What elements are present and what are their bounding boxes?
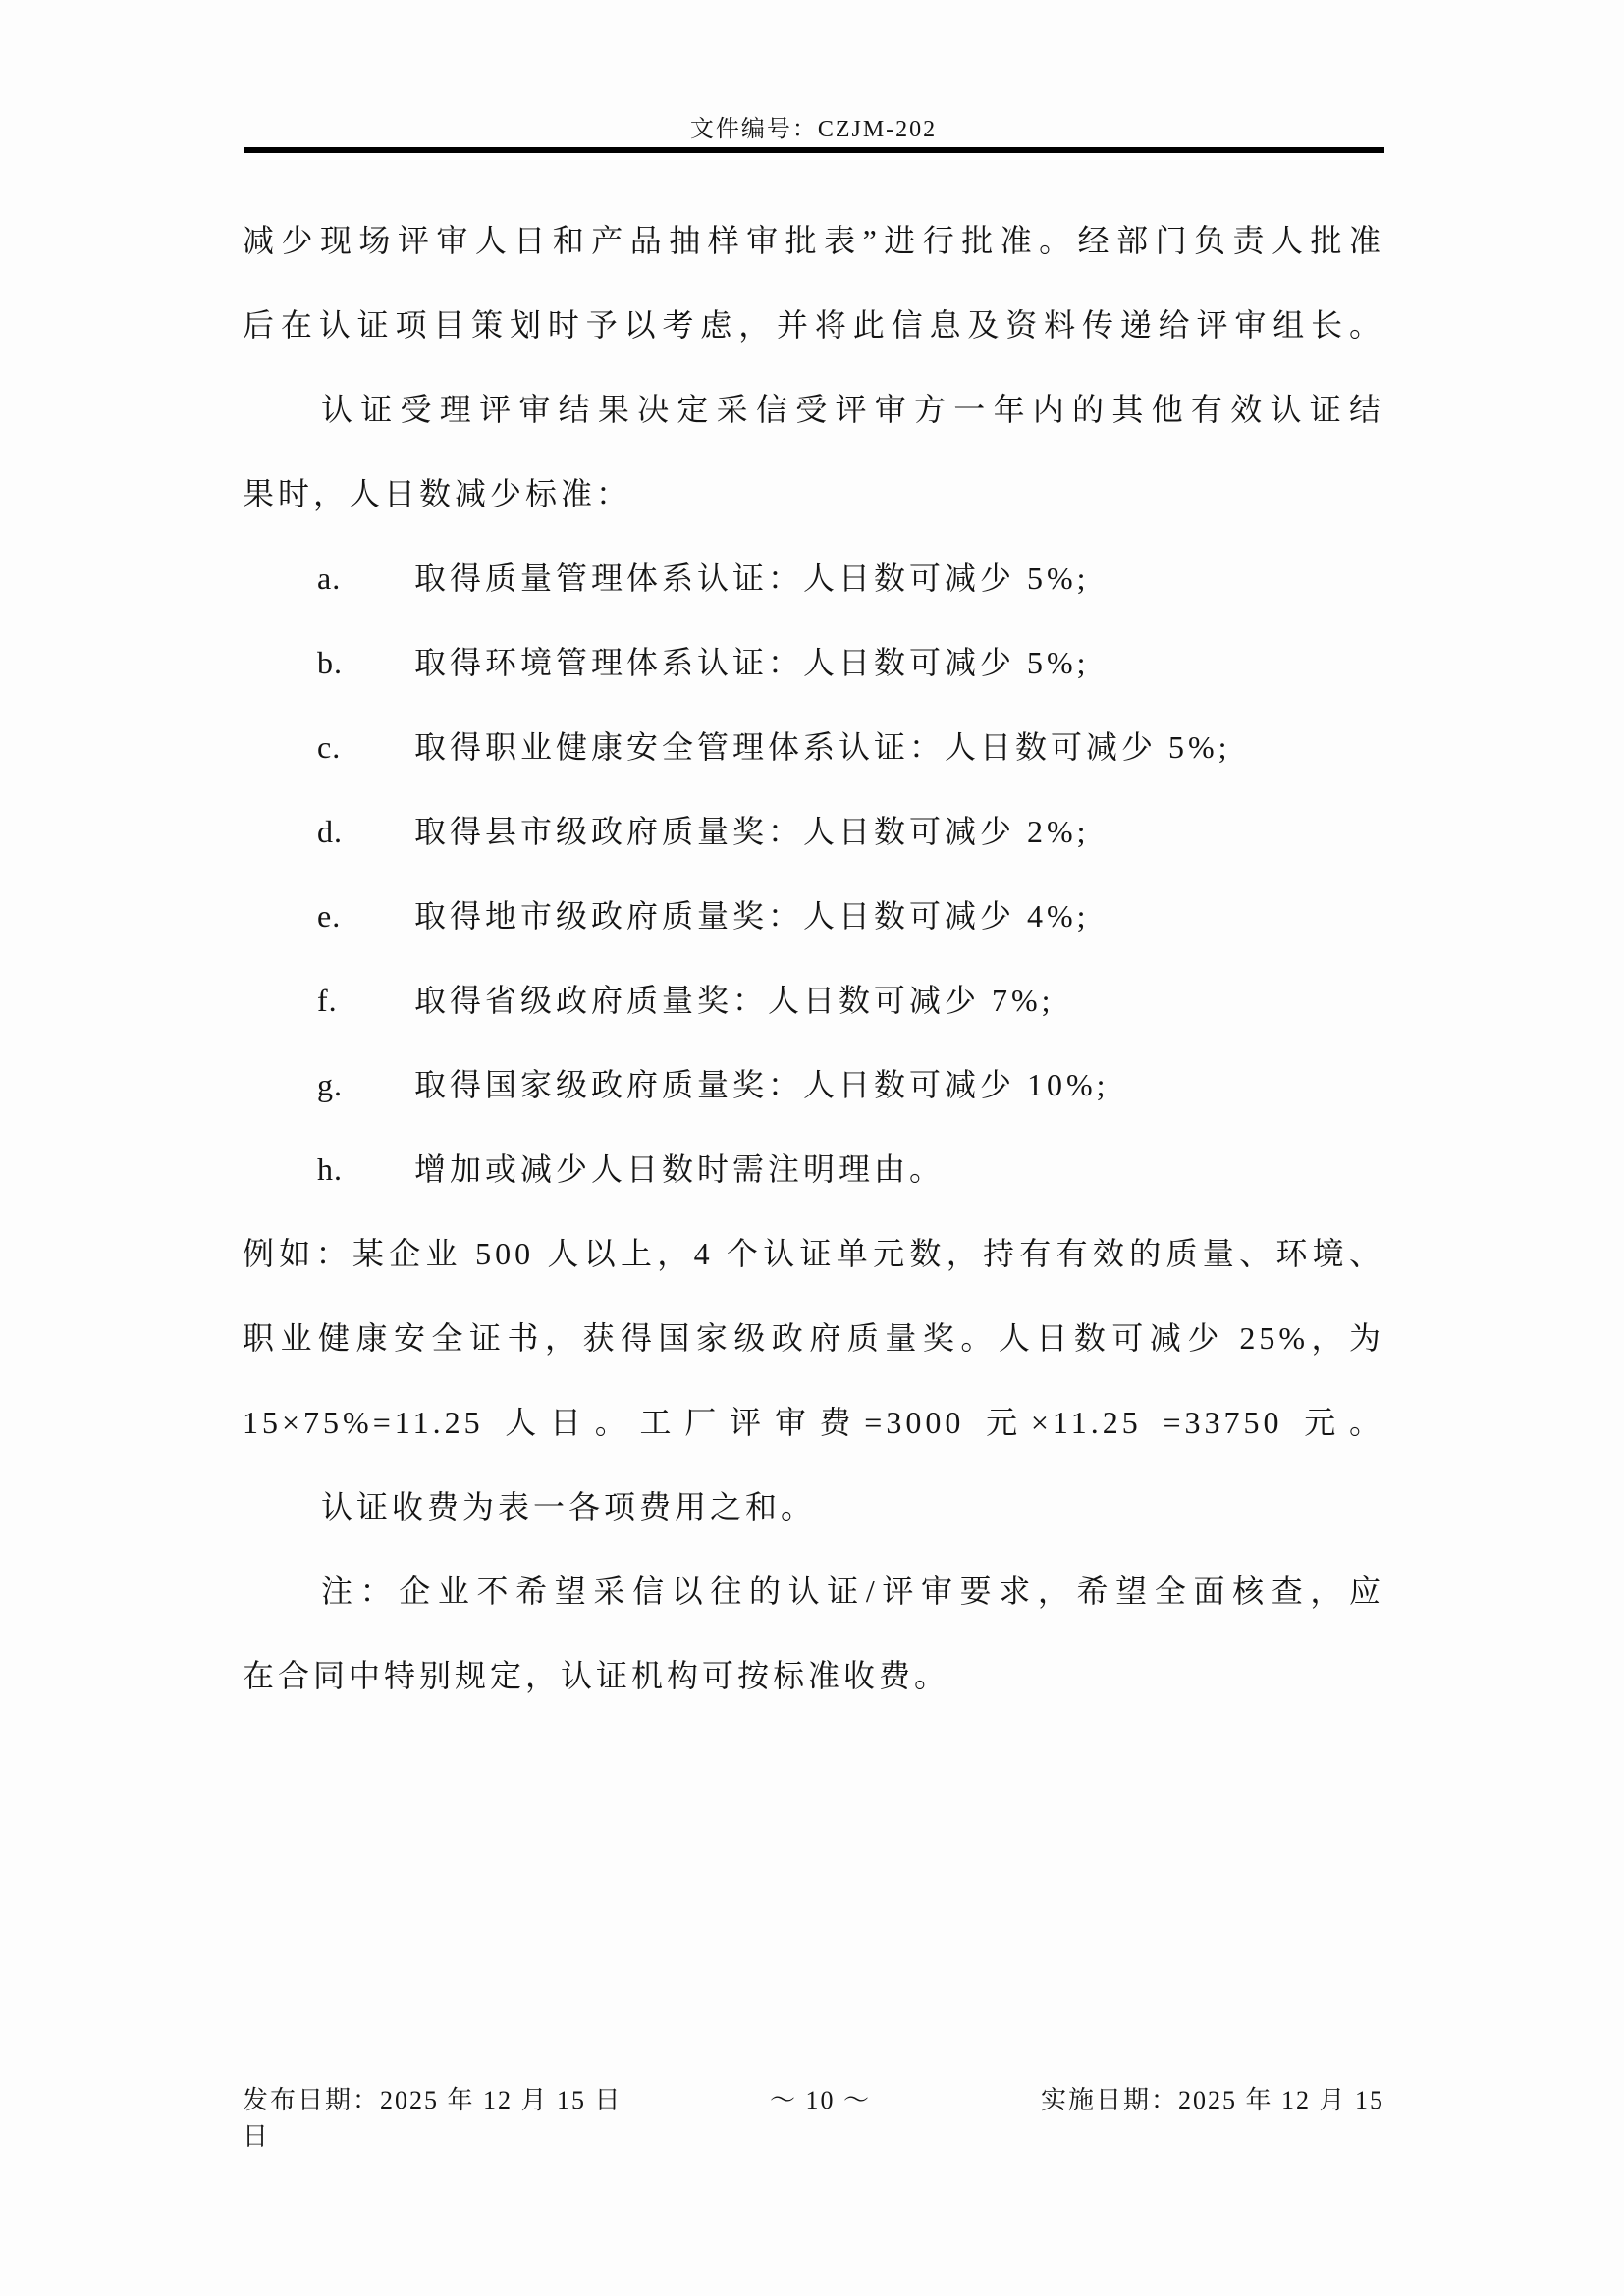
list-item-marker: c. (317, 705, 414, 789)
list-item: d.取得县市级政府质量奖：人日数可减少 2%; (243, 789, 1384, 874)
list-item-marker: e. (317, 874, 414, 958)
list-item-marker: g. (317, 1042, 414, 1127)
list-item-marker: f. (317, 958, 414, 1042)
list-item-text: 取得县市级政府质量奖：人日数可减少 2%; (414, 814, 1090, 849)
paragraph-line: 果时，人日数减少标准： (243, 452, 1384, 536)
footer-release-date: 发布日期：2025 年 12 月 15 日 (243, 2086, 623, 2114)
paragraph-line: 例如：某企业 500 人以上，4 个认证单元数，持有有效的质量、环境、 (243, 1211, 1384, 1296)
document-body: 减少现场评审人日和产品抽样审批表”进行批准。经部门负责人批准后在认证项目策划时予… (243, 198, 1384, 1718)
list-item-marker: a. (317, 536, 414, 620)
list-item: h.增加或减少人日数时需注明理由。 (243, 1127, 1384, 1211)
list-item-text: 取得职业健康安全管理体系认证：人日数可减少 5%; (414, 729, 1231, 765)
list-item: c.取得职业健康安全管理体系认证：人日数可减少 5%; (243, 705, 1384, 789)
list-item: e.取得地市级政府质量奖：人日数可减少 4%; (243, 874, 1384, 958)
list-item: g.取得国家级政府质量奖：人日数可减少 10%; (243, 1042, 1384, 1127)
paragraph-line: 职业健康安全证书，获得国家级政府质量奖。人日数可减少 25%，为 (243, 1296, 1384, 1380)
list-item-marker: b. (317, 620, 414, 705)
footer-line-1: 发布日期：2025 年 12 月 15 日 ～ 10 ～ 实施日期：2025 年… (243, 2082, 1384, 2118)
list-item-text: 取得省级政府质量奖：人日数可减少 7%; (414, 983, 1055, 1018)
header-doc-number: 文件编号：CZJM-202 (243, 110, 1384, 149)
paragraph-line: 15×75%=11.25 人日。工厂评审费=3000 元×11.25 =3375… (243, 1380, 1384, 1465)
paragraph-line: 后在认证项目策划时予以考虑，并将此信息及资料传递给评审组长。 (243, 283, 1384, 367)
list-item: a.取得质量管理体系认证：人日数可减少 5%; (243, 536, 1384, 620)
paragraph-line: 注：企业不希望采信以往的认证/评审要求，希望全面核查，应 (243, 1549, 1384, 1633)
paragraph-line: 减少现场评审人日和产品抽样审批表”进行批准。经部门负责人批准 (243, 198, 1384, 283)
list-item-text: 取得质量管理体系认证：人日数可减少 5%; (414, 561, 1090, 596)
list-item-marker: h. (317, 1127, 414, 1211)
list-item: b.取得环境管理体系认证：人日数可减少 5%; (243, 620, 1384, 705)
paragraph-line: 在合同中特别规定，认证机构可按标准收费。 (243, 1633, 1384, 1718)
list-item-text: 取得国家级政府质量奖：人日数可减少 10%; (414, 1067, 1110, 1102)
footer-wrap-char: 日 (243, 2118, 1384, 2155)
list-item-marker: d. (317, 789, 414, 874)
list-item-text: 取得环境管理体系认证：人日数可减少 5%; (414, 645, 1090, 680)
footer-implement-date: 实施日期：2025 年 12 月 15 (1041, 2082, 1384, 2118)
footer: 发布日期：2025 年 12 月 15 日 ～ 10 ～ 实施日期：2025 年… (243, 2082, 1384, 2155)
list-item-text: 取得地市级政府质量奖：人日数可减少 4%; (414, 898, 1090, 934)
paragraph-line: 认证收费为表一各项费用之和。 (243, 1465, 1384, 1549)
paragraph-line: 认证受理评审结果决定采信受评审方一年内的其他有效认证结 (243, 367, 1384, 452)
list-item: f.取得省级政府质量奖：人日数可减少 7%; (243, 958, 1384, 1042)
header-rule (244, 147, 1384, 153)
document-page: 文件编号：CZJM-202 减少现场评审人日和产品抽样审批表”进行批准。经部门负… (0, 0, 1624, 2296)
footer-page-number: ～ 10 ～ (770, 2082, 871, 2118)
list-item-text: 增加或减少人日数时需注明理由。 (414, 1151, 945, 1187)
